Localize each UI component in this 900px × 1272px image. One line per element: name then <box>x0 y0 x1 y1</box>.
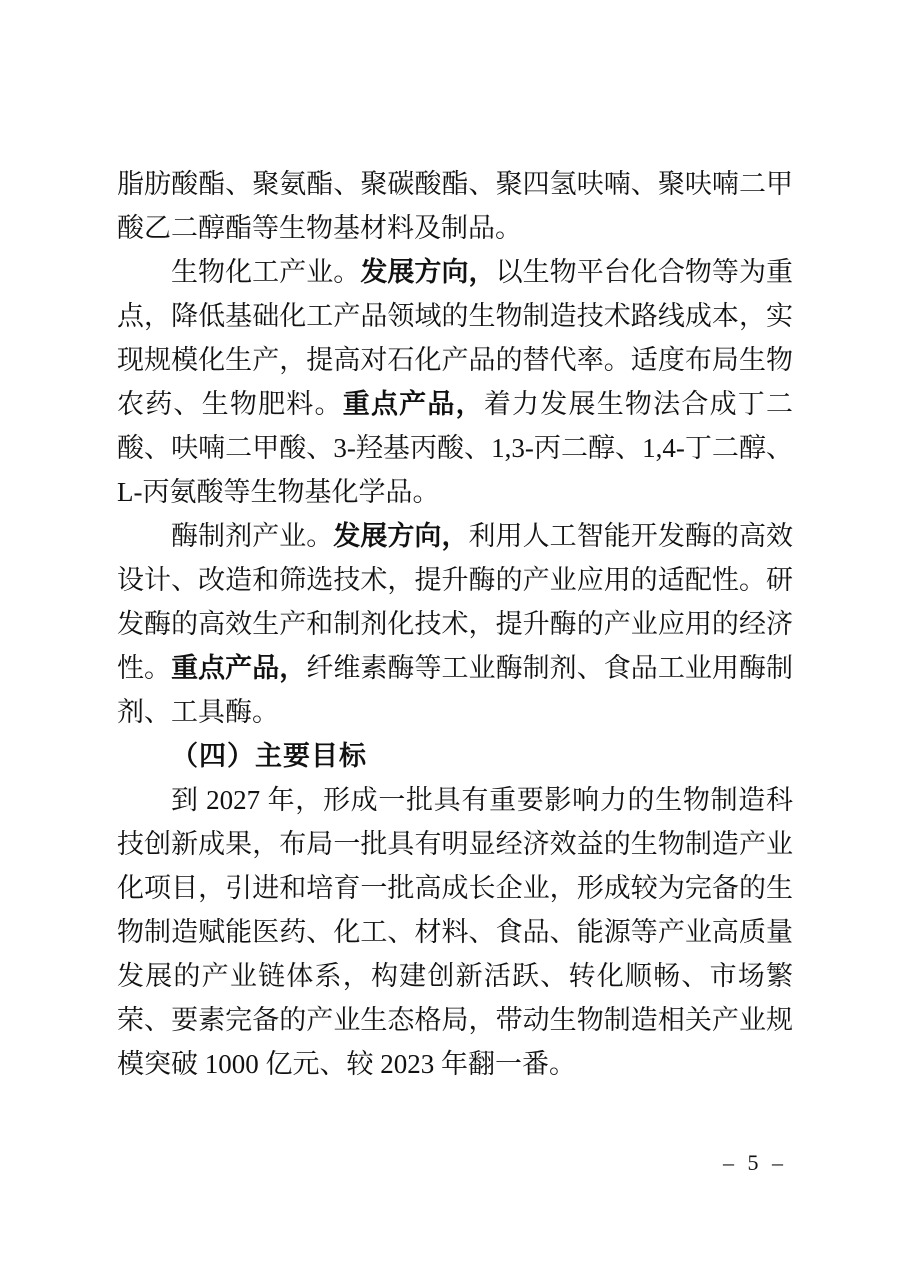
section-heading: （四）主要目标 <box>117 734 793 778</box>
emphasis-text: 重点产品， <box>171 653 306 683</box>
document-body: 脂肪酸酯、聚氨酯、聚碳酸酯、聚四氢呋喃、聚呋喃二甲酸乙二醇酯等生物基材料及制品。… <box>117 162 793 1086</box>
heading-text: （四）主要目标 <box>171 741 367 771</box>
body-text: 脂肪酸酯、聚氨酯、聚碳酸酯、聚四氢呋喃、聚呋喃二甲酸乙二醇酯等生物基材料及制品。 <box>117 169 793 243</box>
body-text: 到 2027 年，形成一批具有重要影响力的生物制造科技创新成果，布局一批具有明显… <box>117 785 793 1079</box>
body-text: 酶制剂产业。 <box>171 521 333 551</box>
emphasis-text: 重点产品， <box>343 389 484 419</box>
paragraph-continuation: 脂肪酸酯、聚氨酯、聚碳酸酯、聚四氢呋喃、聚呋喃二甲酸乙二醇酯等生物基材料及制品。 <box>117 162 793 250</box>
emphasis-text: 发展方向， <box>333 521 468 551</box>
paragraph-bio-chemical-industry: 生物化工产业。发展方向，以生物平台化合物等为重点，降低基础化工产品领域的生物制造… <box>117 250 793 514</box>
body-text: 生物化工产业。 <box>171 257 360 287</box>
paragraph-main-goals: 到 2027 年，形成一批具有重要影响力的生物制造科技创新成果，布局一批具有明显… <box>117 778 793 1086</box>
paragraph-enzyme-industry: 酶制剂产业。发展方向，利用人工智能开发酶的高效设计、改造和筛选技术，提升酶的产业… <box>117 514 793 734</box>
page-number: – 5 – <box>723 1150 787 1176</box>
emphasis-text: 发展方向， <box>360 257 495 287</box>
document-page: 脂肪酸酯、聚氨酯、聚碳酸酯、聚四氢呋喃、聚呋喃二甲酸乙二醇酯等生物基材料及制品。… <box>0 0 900 1272</box>
